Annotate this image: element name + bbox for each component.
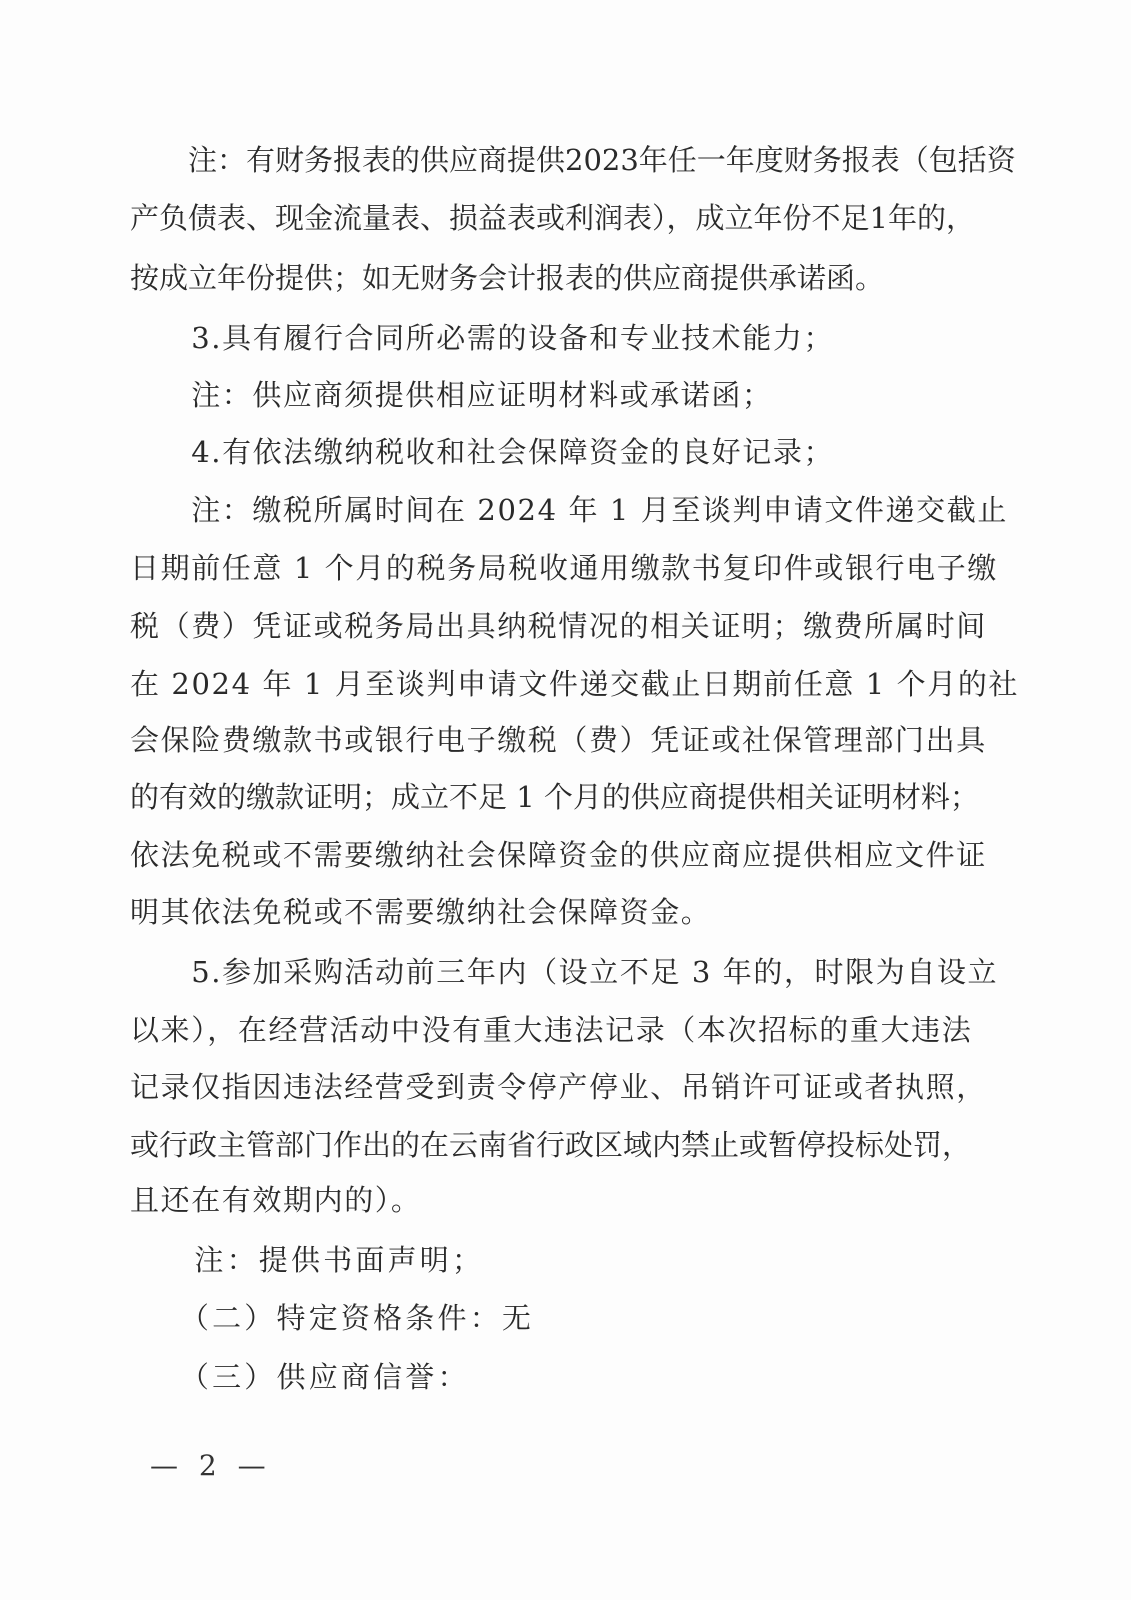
text-line-14: 明其依法免税或不需要缴纳社会保障资金。: [130, 892, 711, 932]
text-line-3: 按成立年份提供；如无财务会计报表的供应商提供承诺函。: [130, 258, 884, 298]
text-line-1: 注：有财务报表的供应商提供2023年任一年度财务报表（包括资: [130, 140, 1016, 180]
text-line-21: （二）特定资格条件：无: [130, 1298, 534, 1338]
text-line-17: 记录仅指因违法经营受到责令停产停业、吊销许可证或者执照，: [130, 1067, 987, 1107]
document-page: 注：有财务报表的供应商提供2023年任一年度财务报表（包括资 产负债表、现金流量…: [0, 0, 1131, 1600]
text-line-5: 注：供应商须提供相应证明材料或承诺函；: [130, 375, 773, 415]
page-number: — 2 —: [150, 1448, 272, 1484]
text-line-6: 4.有依法缴纳税收和社会保障资金的良好记录；: [130, 432, 834, 472]
text-line-8: 日期前任意 1 个月的税务局税收通用缴款书复印件或银行电子缴: [130, 548, 998, 588]
text-line-4: 3.具有履行合同所必需的设备和专业技术能力；: [130, 318, 834, 358]
text-line-18: 或行政主管部门作出的在云南省行政区域内禁止或暂停投标处罚，: [130, 1125, 971, 1165]
text-line-7: 注：缴税所属时间在 2024 年 1 月至谈判申请文件递交截止: [130, 490, 1008, 530]
text-line-20: 注：提供书面声明；: [130, 1240, 484, 1280]
text-line-15: 5.参加采购活动前三年内（设立不足 3 年的，时限为自设立: [130, 952, 998, 992]
text-line-13: 依法免税或不需要缴纳社会保障资金的供应商应提供相应文件证: [130, 835, 987, 875]
text-line-10: 在 2024 年 1 月至谈判申请文件递交截止日期前任意 1 个月的社: [130, 664, 1019, 704]
text-line-11: 会保险费缴款书或银行电子缴税（费）凭证或社保管理部门出具: [130, 720, 987, 760]
text-line-16: 以来），在经营活动中没有重大违法记录（本次招标的重大违法: [130, 1010, 972, 1050]
text-line-12: 的有效的缴款证明；成立不足 1 个月的供应商提供相关证明材料；: [130, 777, 979, 817]
text-line-19: 且还在有效期内的）。: [130, 1180, 422, 1220]
text-line-2: 产负债表、现金流量表、损益表或利润表），成立年份不足1年的，: [130, 198, 975, 238]
text-line-22: （三）供应商信誉：: [130, 1357, 470, 1397]
text-line-9: 税（费）凭证或税务局出具纳税情况的相关证明；缴费所属时间: [130, 606, 987, 646]
